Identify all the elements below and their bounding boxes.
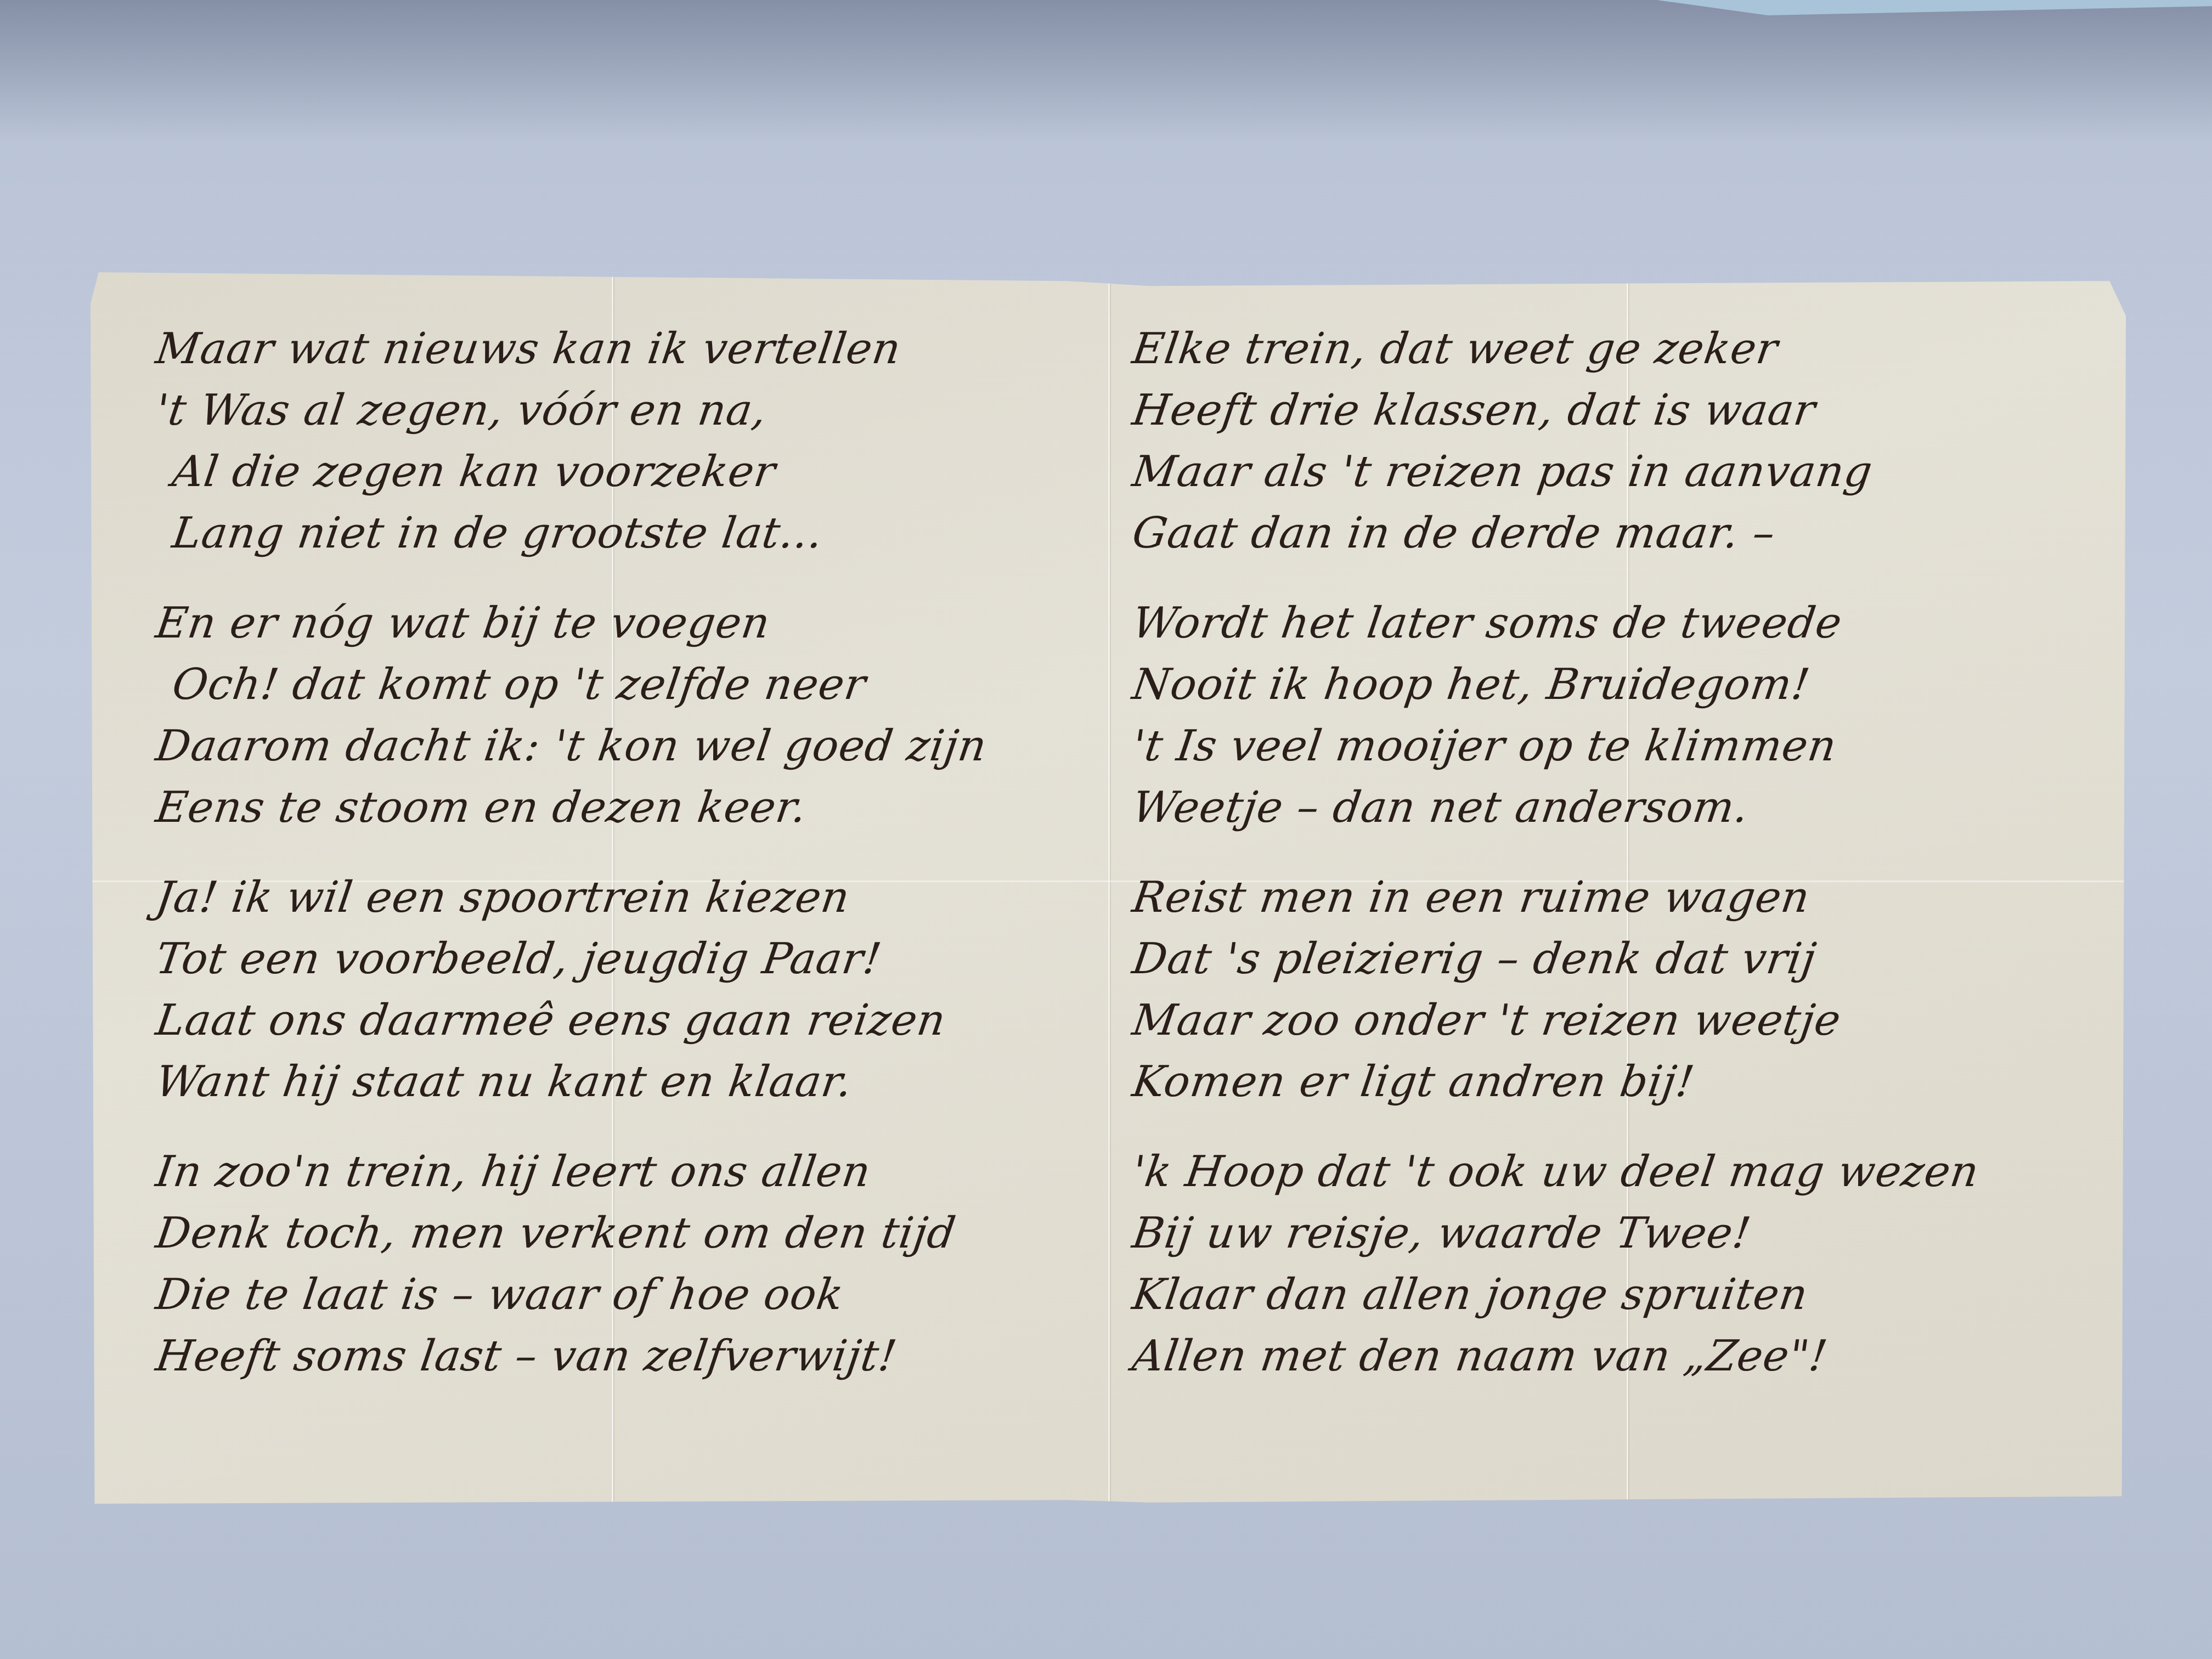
poem-line: Bij uw reisje, waarde Twee! <box>1128 1203 2114 1264</box>
poem-line: Klaar dan allen jonge spruiten <box>1128 1264 2114 1325</box>
stanza: 'k Hoop dat 't ook uw deel mag wezen Bij… <box>1133 1141 2109 1387</box>
poem-line: Tot een voorbeeld, jeugdig Paar! <box>152 928 1148 990</box>
poem-line: Heeft drie klassen, dat is waar <box>1128 380 2114 441</box>
poem-line: Och! dat komt op 't zelfde neer <box>152 654 1148 715</box>
poem-line: Ja! ik wil een spoortrein kiezen <box>152 867 1148 928</box>
poem-line: Allen met den naam van „Zee"! <box>1128 1325 2114 1387</box>
stanza: Elke trein, dat weet ge zeker Heeft drie… <box>1133 318 2109 564</box>
poem-line: Lang niet in de grootste lat... <box>152 503 1148 564</box>
right-page: Elke trein, dat weet ge zeker Heeft drie… <box>1133 318 2109 1415</box>
poem-line: Reist men in een ruime wagen <box>1128 867 2114 928</box>
poem-line: In zoo'n trein, hij leert ons allen <box>152 1141 1148 1203</box>
poem-line: 't Is veel mooijer op te klimmen <box>1128 715 2114 777</box>
poem-line: Weetje – dan net andersom. <box>1128 777 2114 838</box>
poem-line: Maar wat nieuws kan ik vertellen <box>152 318 1148 380</box>
poem-line: 'k Hoop dat 't ook uw deel mag wezen <box>1128 1141 2114 1203</box>
stanza: Maar wat nieuws kan ik vertellen 't Was … <box>156 318 1144 564</box>
poem-line: 't Was al zegen, vóór en na, <box>152 380 1148 441</box>
poem-line: En er nóg wat bij te voegen <box>152 592 1148 654</box>
poem-line: Eens te stoom en dezen keer. <box>152 777 1148 838</box>
poem-line: Laat ons daarmeê eens gaan reizen <box>152 990 1148 1051</box>
poem-line: Gaat dan in de derde maar. – <box>1128 503 2114 564</box>
poem-line: Heeft soms last – van zelfverwijt! <box>152 1325 1148 1387</box>
stanza: Ja! ik wil een spoortrein kiezen Tot een… <box>156 867 1144 1113</box>
poem-line: Komen er ligt andren bij! <box>1128 1051 2114 1113</box>
stanza: In zoo'n trein, hij leert ons allen Denk… <box>156 1141 1144 1387</box>
stanza: Reist men in een ruime wagen Dat 's plei… <box>1133 867 2109 1113</box>
background-shadow <box>0 0 2212 143</box>
poem-line: Die te laat is – waar of hoe ook <box>152 1264 1148 1325</box>
poem-line: Dat 's pleizierig – denk dat vrij <box>1128 928 2114 990</box>
poem-line: Daarom dacht ik: 't kon wel goed zijn <box>152 715 1148 777</box>
poem-line: Al die zegen kan voorzeker <box>152 441 1148 503</box>
poem-line: Maar als 't reizen pas in aanvang <box>1128 441 2114 503</box>
stanza: Wordt het later soms de tweede Nooit ik … <box>1133 592 2109 838</box>
poem-line: Maar zoo onder 't reizen weetje <box>1128 990 2114 1051</box>
poem-line: Want hij staat nu kant en klaar. <box>152 1051 1148 1113</box>
poem-line: Wordt het later soms de tweede <box>1128 592 2114 654</box>
letter-sheet: Maar wat nieuws kan ik vertellen 't Was … <box>91 266 2126 1509</box>
poem-line: Elke trein, dat weet ge zeker <box>1128 318 2114 380</box>
left-page: Maar wat nieuws kan ik vertellen 't Was … <box>156 318 1144 1415</box>
poem-line: Denk toch, men verkent om den tijd <box>152 1203 1148 1264</box>
poem-line: Nooit ik hoop het, Bruidegom! <box>1128 654 2114 715</box>
stanza: En er nóg wat bij te voegen Och! dat kom… <box>156 592 1144 838</box>
